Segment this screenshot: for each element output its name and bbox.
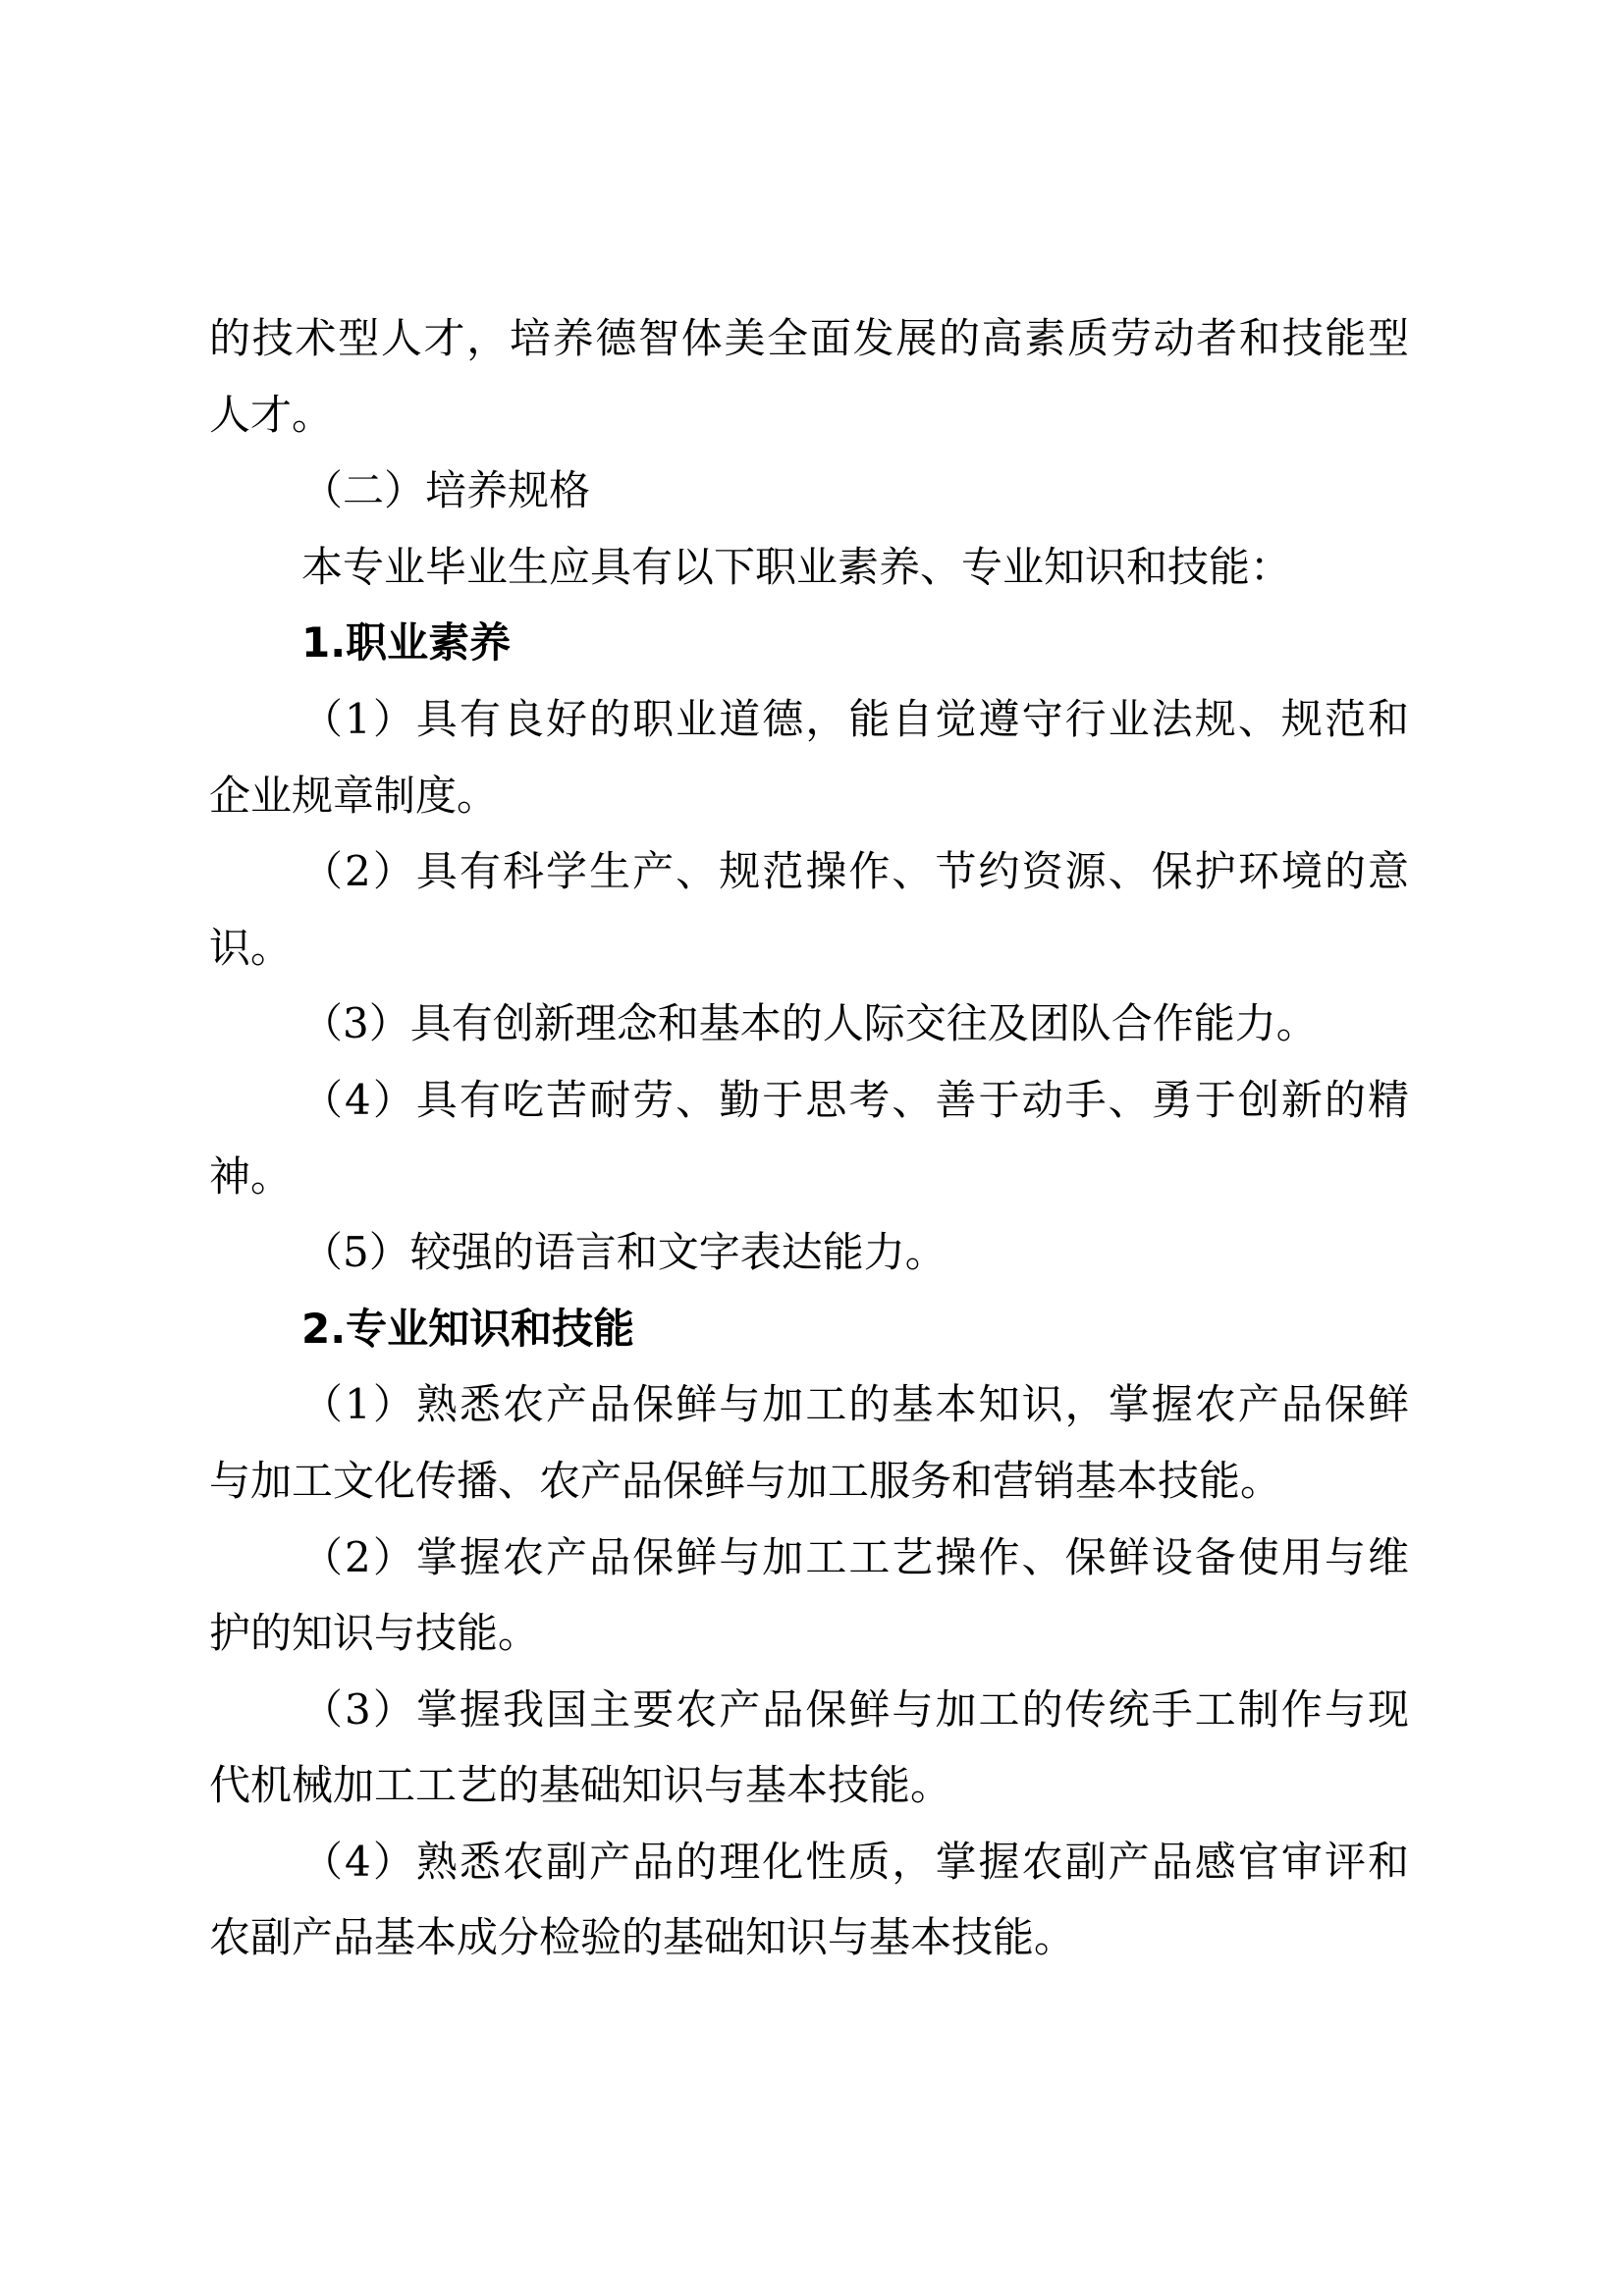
document-page: 的技术型人才，培养德智体美全面发展的高素质劳动者和技能型 人才。 （二）培养规格… (209, 312, 1409, 1988)
subheading-professional-quality: 1.职业素养 (209, 616, 1409, 693)
list-item-line: 农副产品基本成分检验的基础知识与基本技能。 (209, 1911, 1409, 1988)
subheading-knowledge-skills: 2.专业知识和技能 (209, 1303, 1409, 1379)
list-item-line: （1）具有良好的职业道德，能自觉遵守行业法规、规范和 (209, 693, 1409, 770)
section-heading-training-spec: （二）培养规格 (209, 464, 1409, 541)
list-item-line: 神。 (209, 1150, 1409, 1227)
list-item-line: （3）具有创新理念和基本的人际交往及团队合作能力。 (209, 997, 1409, 1074)
list-item-line: 识。 (209, 922, 1409, 998)
list-item-line: （3）掌握我国主要农产品保鲜与加工的传统手工制作与现 (209, 1683, 1409, 1760)
list-item-line: （4）熟悉农副产品的理化性质，掌握农副产品感官审评和 (209, 1836, 1409, 1912)
paragraph-line: 的技术型人才，培养德智体美全面发展的高素质劳动者和技能型 (209, 312, 1409, 389)
list-item-line: （4）具有吃苦耐劳、勤于思考、善于动手、勇于创新的精 (209, 1074, 1409, 1150)
list-item-line: （2）掌握农产品保鲜与加工工艺操作、保鲜设备使用与维 (209, 1531, 1409, 1608)
list-item-line: （2）具有科学生产、规范操作、节约资源、保护环境的意 (209, 845, 1409, 922)
list-item-line: 与加工文化传播、农产品保鲜与加工服务和营销基本技能。 (209, 1455, 1409, 1531)
list-item-line: （5）较强的语言和文字表达能力。 (209, 1226, 1409, 1303)
list-item-line: 企业规章制度。 (209, 770, 1409, 846)
list-item-line: 护的知识与技能。 (209, 1607, 1409, 1683)
paragraph-line: 本专业毕业生应具有以下职业素养、专业知识和技能： (209, 541, 1409, 617)
paragraph-line: 人才。 (209, 389, 1409, 465)
list-item-line: （1）熟悉农产品保鲜与加工的基本知识，掌握农产品保鲜 (209, 1378, 1409, 1455)
list-item-line: 代机械加工工艺的基础知识与基本技能。 (209, 1759, 1409, 1836)
